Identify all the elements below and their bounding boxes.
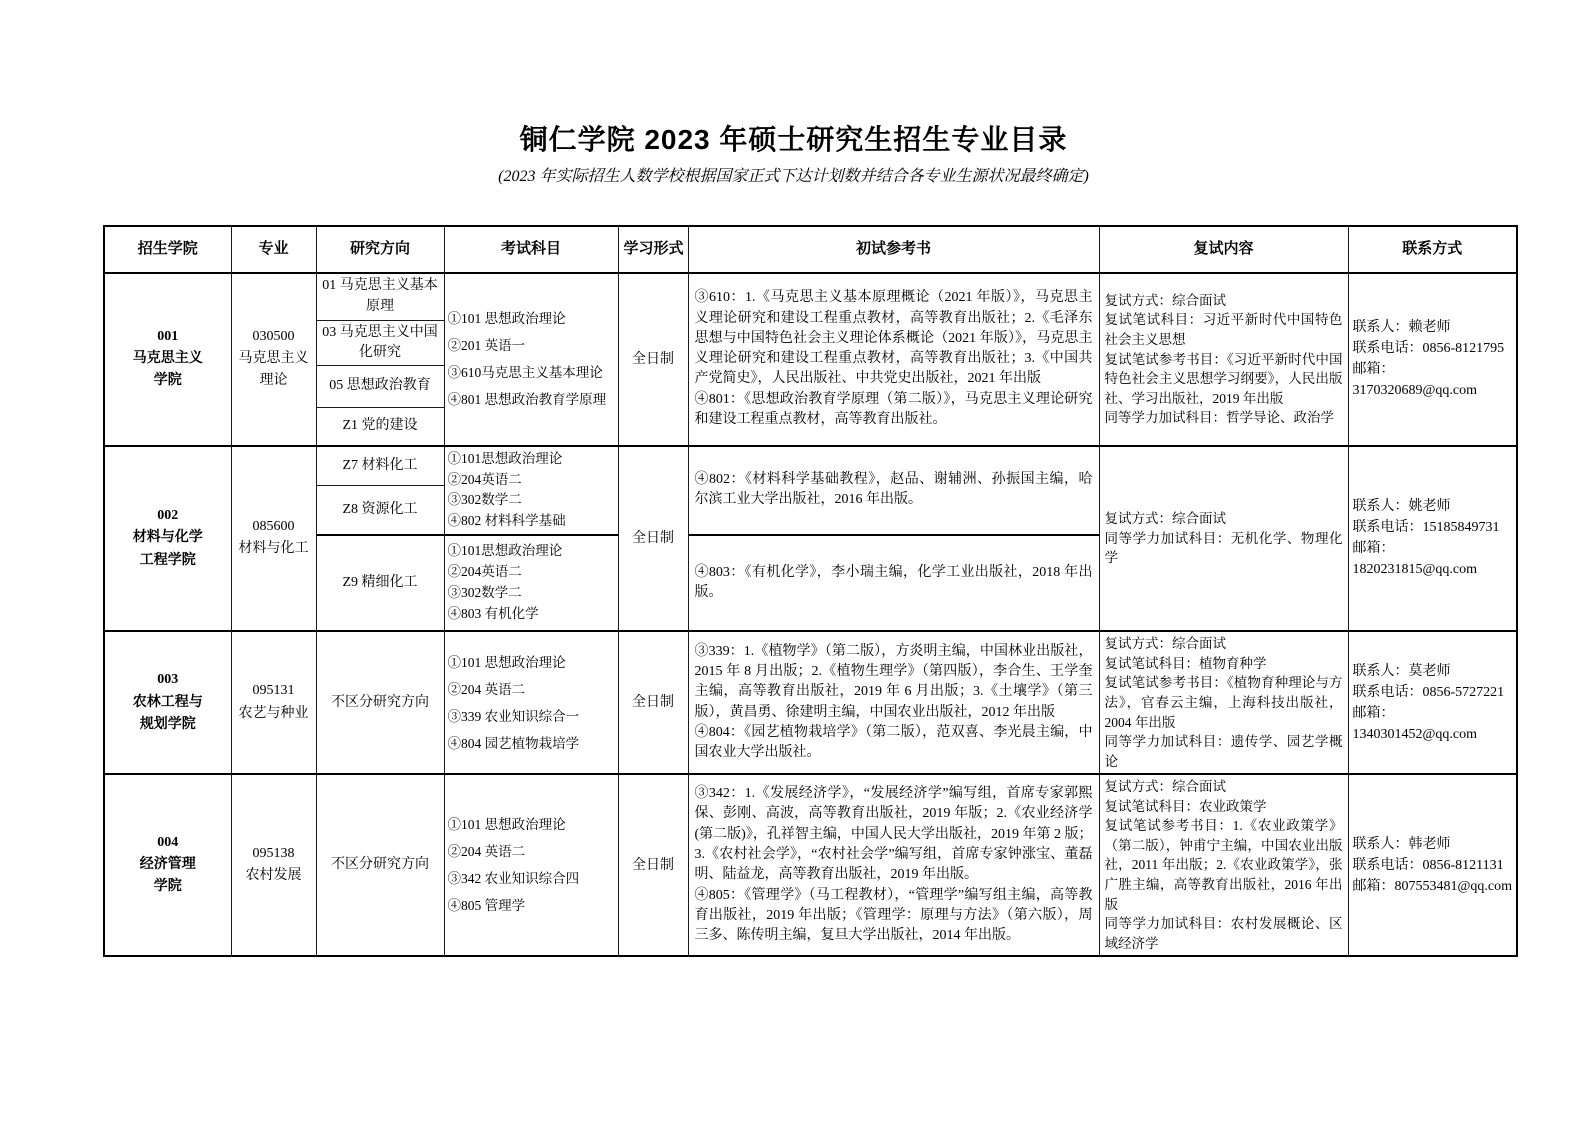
exam-subjects-cell: ①101思想政治理论 ②204英语二 ③302数学二 ④802 材料科学基础 [444,446,618,536]
contact-cell: 联系人：赖老师 联系电话：0856-8121795 邮箱：3170320689@… [1348,273,1517,446]
contact-cell: 联系人：莫老师 联系电话：0856-5727221 邮箱：1340301452@… [1348,631,1517,774]
table-row: 002 材料与化学 工程学院 085600 材料与化工 Z7 材料化工 ①101… [104,446,1517,486]
page-subtitle: (2023 年实际招生人数学校根据国家正式下达计划数并结合各专业生源状况最终确定… [0,163,1587,186]
references-cell: ③610：1.《马克思主义基本原理概论（2021 年版）》，马克思主义理论研究和… [688,273,1099,446]
admissions-table: 招生学院 专业 研究方向 考试科目 学习形式 初试参考书 复试内容 联系方式 0… [103,225,1518,957]
direction-cell: Z7 材料化工 [316,446,444,486]
major-cell: 095131 农艺与种业 [231,631,316,774]
study-form-cell: 全日制 [618,631,688,774]
header-exam-subjects: 考试科目 [444,226,618,273]
major-cell: 095138 农村发展 [231,774,316,956]
study-form-cell: 全日制 [618,273,688,446]
references-cell: ④802：《材料科学基础教程》，赵品、谢辅洲、孙振国主编，哈尔滨工业大学出版社，… [688,446,1099,536]
college-cell: 002 材料与化学 工程学院 [104,446,231,632]
exam-subjects-cell: ①101思想政治理论 ②204英语二 ③302数学二 ④803 有机化学 [444,535,618,631]
contact-cell: 联系人：姚老师 联系电话：15185849731 邮箱：1820231815@q… [1348,446,1517,632]
exam-subjects-cell: ①101 思想政治理论 ②201 英语一 ③610马克思主义基本理论 ④801 … [444,273,618,446]
college-cell: 001 马克思主义 学院 [104,273,231,446]
direction-cell: Z9 精细化工 [316,535,444,631]
header-direction: 研究方向 [316,226,444,273]
references-cell: ③342：1.《发展经济学》，“发展经济学”编写组，首席专家郭熙保、彭刚、高波，… [688,774,1099,956]
document-page: 铜仁学院 2023 年硕士研究生招生专业目录 (2023 年实际招生人数学校根据… [0,0,1587,1122]
direction-cell: 不区分研究方向 [316,774,444,956]
college-cell: 003 农林工程与 规划学院 [104,631,231,774]
study-form-cell: 全日制 [618,446,688,632]
college-cell: 004 经济管理 学院 [104,774,231,956]
major-cell: 085600 材料与化工 [231,446,316,632]
retest-content-cell: 复试方式：综合面试 复试笔试科目：习近平新时代中国特色社会主义思想 复试笔试参考… [1099,273,1348,446]
references-cell: ③339：1.《植物学》（第二版），方炎明主编，中国林业出版社，2015 年 8… [688,631,1099,774]
major-cell: 030500 马克思主义 理论 [231,273,316,446]
exam-subjects-cell: ①101 思想政治理论 ②204 英语二 ③339 农业知识综合一 ④804 园… [444,631,618,774]
header-contact: 联系方式 [1348,226,1517,273]
retest-content-cell: 复试方式：综合面试 同等学力加试科目：无机化学、物理化学 [1099,446,1348,632]
references-cell: ④803：《有机化学》，李小瑞主编，化学工业出版社，2018 年出版。 [688,535,1099,631]
retest-content-cell: 复试方式：综合面试 复试笔试科目：农业政策学 复试笔试参考书目：1.《农业政策学… [1099,774,1348,956]
direction-cell: 05 思想政治教育 [316,366,444,408]
direction-cell: 01 马克思主义基本原理 [316,273,444,320]
header-college: 招生学院 [104,226,231,273]
direction-cell: 03 马克思主义中国化研究 [316,320,444,366]
table-row: 004 经济管理 学院 095138 农村发展 不区分研究方向 ①101 思想政… [104,774,1517,956]
table-row: 001 马克思主义 学院 030500 马克思主义 理论 01 马克思主义基本原… [104,273,1517,320]
exam-subjects-cell: ①101 思想政治理论 ②204 英语二 ③342 农业知识综合四 ④805 管… [444,774,618,956]
direction-cell: Z8 资源化工 [316,486,444,535]
header-references: 初试参考书 [688,226,1099,273]
table-row: 003 农林工程与 规划学院 095131 农艺与种业 不区分研究方向 ①101… [104,631,1517,774]
header-major: 专业 [231,226,316,273]
header-retest: 复试内容 [1099,226,1348,273]
contact-cell: 联系人：韩老师 联系电话：0856-8121131 邮箱：807553481@q… [1348,774,1517,956]
retest-content-cell: 复试方式：综合面试 复试笔试科目：植物育种学 复试笔试参考书目：《植物育种理论与… [1099,631,1348,774]
direction-cell: Z1 党的建设 [316,408,444,446]
header-study-form: 学习形式 [618,226,688,273]
page-title: 铜仁学院 2023 年硕士研究生招生专业目录 [0,118,1587,158]
direction-cell: 不区分研究方向 [316,631,444,774]
study-form-cell: 全日制 [618,774,688,956]
table-header-row: 招生学院 专业 研究方向 考试科目 学习形式 初试参考书 复试内容 联系方式 [104,226,1517,273]
